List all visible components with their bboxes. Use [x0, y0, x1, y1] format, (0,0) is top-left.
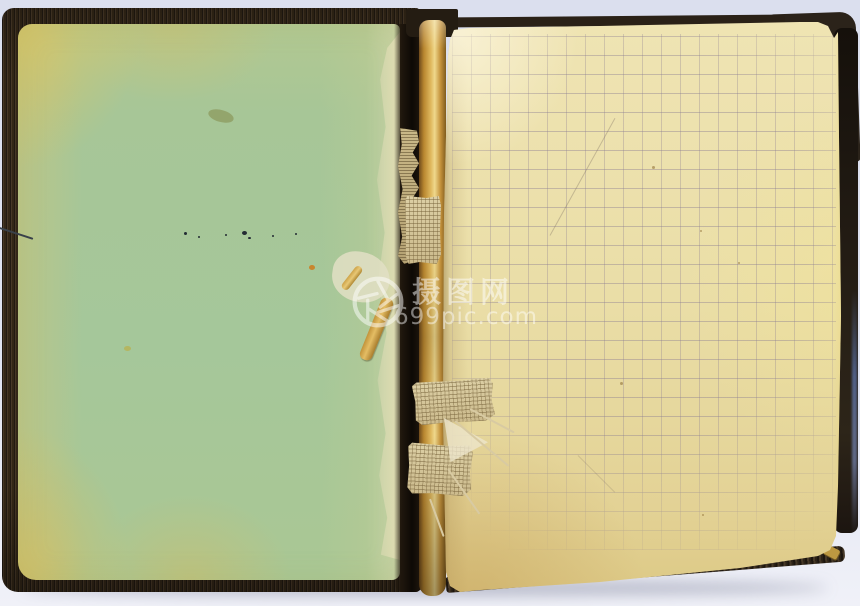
paper-speck: [702, 514, 704, 516]
ink-speck: [225, 234, 227, 236]
frayed-ribbon-knot: [405, 196, 441, 264]
ink-speck: [242, 231, 247, 235]
paper-speck: [700, 230, 702, 232]
ink-speck: [184, 232, 187, 235]
watermark-site-url: 699pic.com: [394, 304, 538, 330]
olive-stain: [207, 107, 235, 125]
yellow-speck: [124, 346, 131, 351]
ink-speck: [295, 233, 297, 235]
stock-photo-watermark: 摄图网 699pic.com: [348, 268, 538, 334]
burlap-band-upper: [412, 377, 496, 426]
left-endpaper-page: [18, 24, 400, 580]
paper-speck: [620, 382, 623, 385]
ink-speck: [272, 235, 274, 237]
ink-speck: [198, 236, 200, 238]
ink-speck: [248, 237, 251, 239]
paper-speck: [738, 262, 740, 264]
photo-open-vintage-notebook: 摄图网 699pic.com: [0, 0, 860, 606]
right-cover-blue-glint: [852, 290, 857, 535]
orange-speck: [309, 265, 315, 270]
paper-speck: [652, 166, 655, 169]
